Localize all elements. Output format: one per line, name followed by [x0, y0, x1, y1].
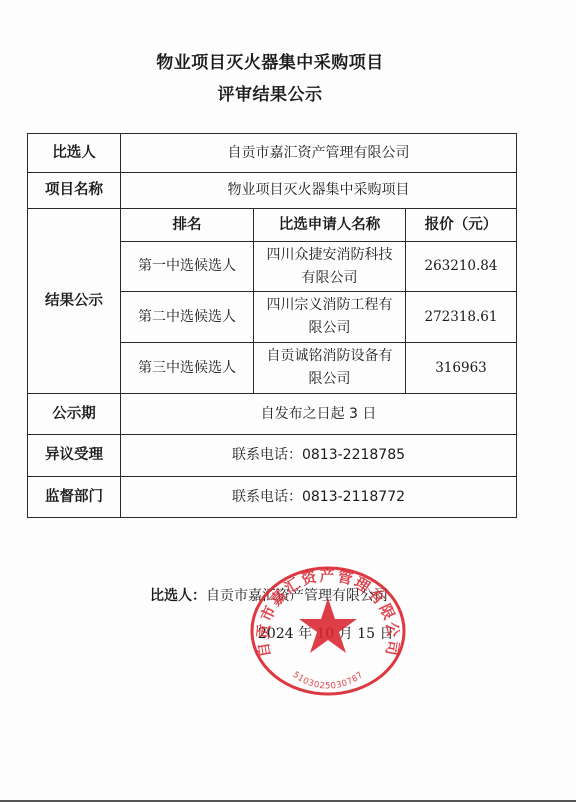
rank-cell: 第三中选候选人: [121, 343, 254, 394]
objection-value: 联系电话：0813-2218785: [121, 435, 517, 477]
signer-label: 比选人：: [150, 588, 206, 604]
header-applicant: 比选申请人名称: [254, 209, 406, 242]
applicant-cell: 四川宗义消防工程有 限公司: [254, 292, 406, 343]
results-header-row: 结果公示 排名 比选申请人名称 报价（元）: [28, 209, 517, 242]
selector-row: 比选人 自贡市嘉汇资产管理有限公司: [28, 134, 517, 173]
supervision-row: 监督部门 联系电话：0813-2118772: [28, 477, 517, 518]
selector-label: 比选人: [28, 134, 121, 173]
applicant-line2: 限公司: [254, 368, 405, 391]
objection-label: 异议受理: [28, 435, 121, 477]
project-label: 项目名称: [28, 173, 121, 209]
supervision-label: 监督部门: [28, 477, 121, 518]
applicant-cell: 自贡诚铭消防设备有 限公司: [254, 343, 406, 394]
applicant-cell: 四川众捷安消防科技 有限公司: [254, 242, 406, 292]
signer-value: 自贡市嘉汇资产管理有限公司: [206, 588, 388, 604]
period-row: 公示期 自发布之日起 3 日: [28, 394, 517, 435]
signature-date: 2024 年 10 月 15 日: [258, 623, 394, 643]
project-value: 物业项目灭火器集中采购项目: [121, 173, 517, 209]
document-subtitle: 评审结果公示: [0, 80, 558, 105]
results-label: 结果公示: [28, 209, 121, 394]
document-title: 物业项目灭火器集中采购项目: [0, 48, 558, 73]
price-cell: 272318.61: [406, 292, 517, 343]
period-value: 自发布之日起 3 日: [121, 394, 517, 435]
applicant-line1: 自贡诚铭消防设备有: [254, 345, 405, 368]
results-table: 比选人 自贡市嘉汇资产管理有限公司 项目名称 物业项目灭火器集中采购项目 结果公…: [27, 133, 517, 518]
applicant-line1: 四川宗义消防工程有: [254, 294, 405, 317]
rank-cell: 第一中选候选人: [121, 242, 254, 292]
svg-text:自贡市嘉汇资产管理有限公司: 自贡市嘉汇资产管理有限公司: [253, 566, 402, 658]
period-label: 公示期: [28, 394, 121, 435]
rank-cell: 第二中选候选人: [121, 292, 254, 343]
selector-value: 自贡市嘉汇资产管理有限公司: [121, 134, 517, 173]
price-cell: 316963: [406, 343, 517, 394]
supervision-value: 联系电话：0813-2118772: [121, 477, 517, 518]
price-cell: 263210.84: [406, 242, 517, 292]
applicant-line2: 限公司: [254, 317, 405, 340]
objection-row: 异议受理 联系电话：0813-2218785: [28, 435, 517, 477]
applicant-line1: 四川众捷安消防科技: [254, 244, 405, 267]
signer-line: 比选人：自贡市嘉汇资产管理有限公司: [150, 585, 388, 605]
header-price: 报价（元）: [406, 209, 517, 242]
svg-text:5103025030787: 5103025030787: [291, 670, 366, 691]
project-row: 项目名称 物业项目灭火器集中采购项目: [28, 173, 517, 209]
header-rank: 排名: [121, 209, 254, 242]
applicant-line2: 有限公司: [254, 267, 405, 290]
